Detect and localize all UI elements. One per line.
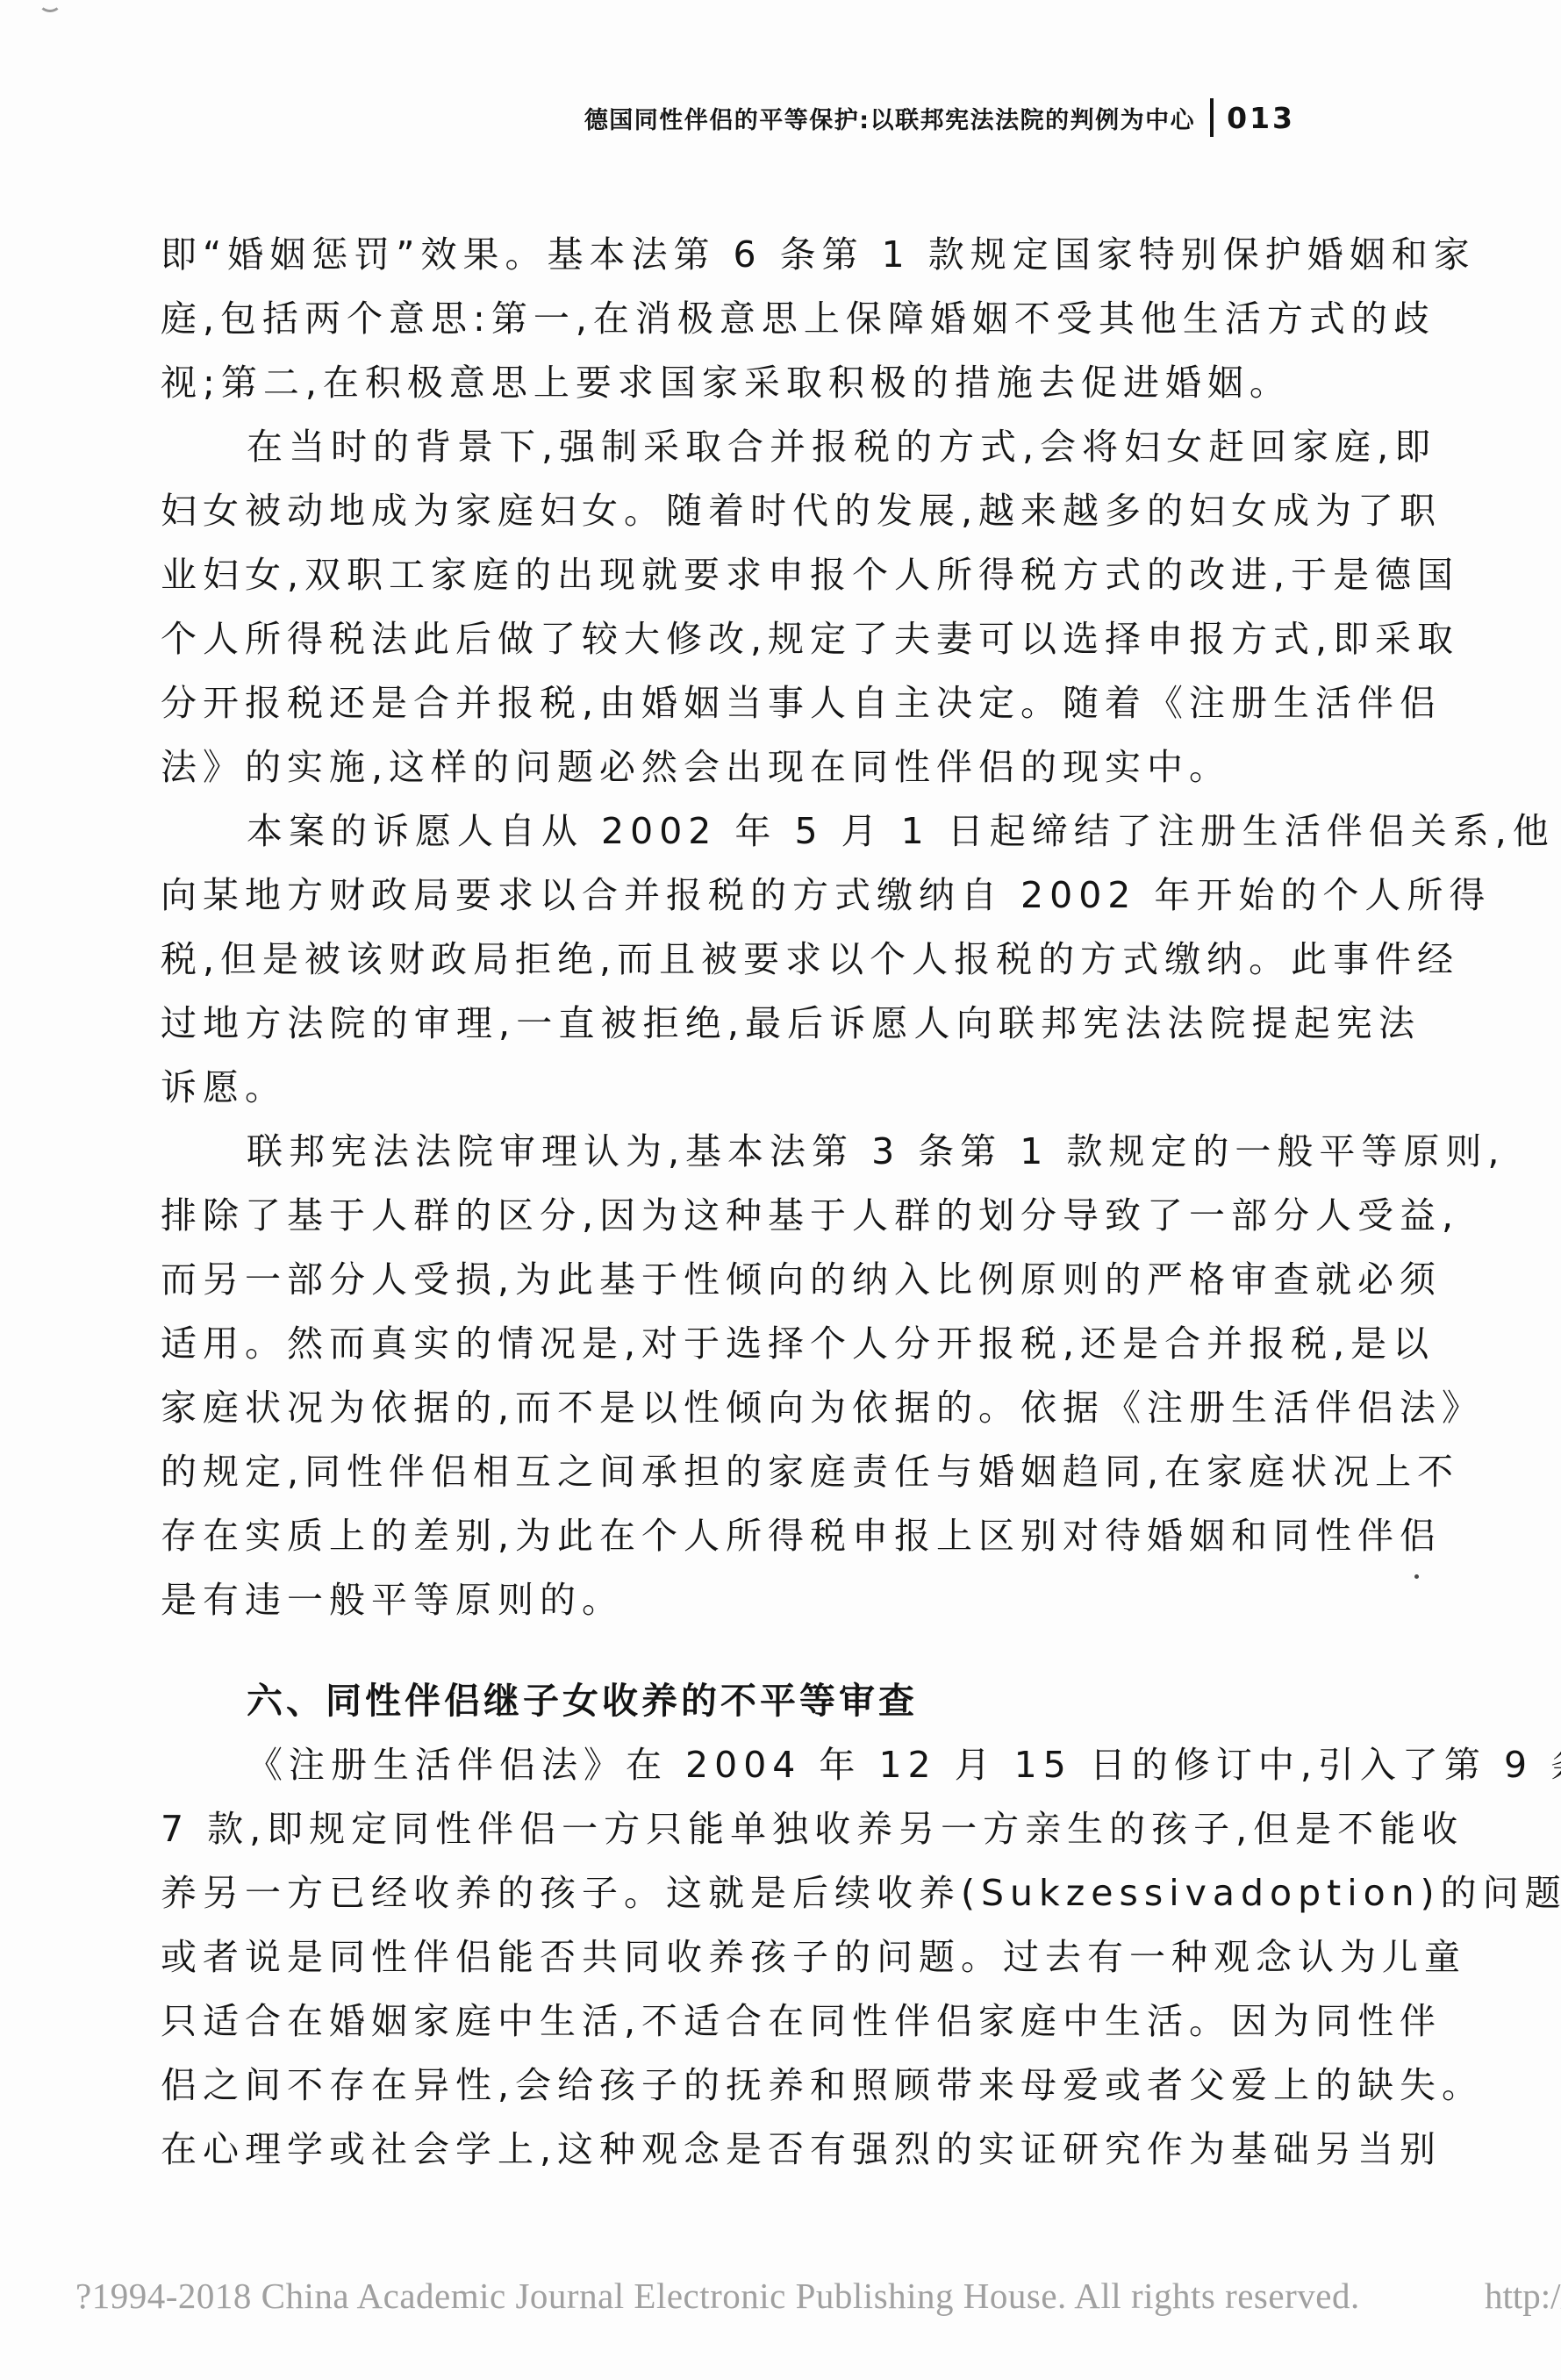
text-line: 法》的实施,这样的问题必然会出现在同性伴侣的现实中。 [161,735,1421,799]
scan-artifact-curve [39,0,61,12]
text-line: 诉愿。 [161,1056,1421,1120]
section-heading: 六、同性伴侣继子女收养的不平等审查 [161,1669,1421,1733]
text-line: 家庭状况为依据的,而不是以性倾向为依据的。依据《注册生活伴侣法》 [161,1376,1421,1440]
text-line: 个人所得税法此后做了较大修改,规定了夫妻可以选择申报方式,即采取 [161,607,1421,671]
text-line: 庭,包括两个意思:第一,在消极意思上保障婚姻不受其他生活方式的歧 [161,287,1421,351]
text-line: 本案的诉愿人自从 2002 年 5 月 1 日起缔结了注册生活伴侣关系,他 [161,799,1421,864]
text-line: 侣之间不存在异性,会给孩子的抚养和照顾带来母爱或者父爱上的缺失。 [161,2054,1421,2118]
copyright-footer: ?1994-2018 China Academic Journal Electr… [75,2275,1360,2317]
text-line: 或者说是同性伴侣能否共同收养孩子的问题。过去有一种观念认为儿童 [161,1925,1421,1989]
text-line: 养另一方已经收养的孩子。这就是后续收养(Sukzessivadoption)的问… [161,1861,1421,1925]
text-line: 向某地方财政局要求以合并报税的方式缴纳自 2002 年开始的个人所得 [161,864,1421,928]
text-line: 适用。然而真实的情况是,对于选择个人分开报税,还是合并报税,是以 [161,1312,1421,1376]
text-line: 只适合在婚姻家庭中生活,不适合在同性伴侣家庭中生活。因为同性伴 [161,1989,1421,2054]
text-line: 7 款,即规定同性伴侣一方只能单独收养另一方亲生的孩子,但是不能收 [161,1797,1421,1861]
text-line: 排除了基于人群的区分,因为这种基于人群的划分导致了一部分人受益, [161,1184,1421,1248]
text-line: 视;第二,在积极意思上要求国家采取积极的措施去促进婚姻。 [161,351,1421,415]
text-line: 联邦宪法法院审理认为,基本法第 3 条第 1 款规定的一般平等原则, [161,1120,1421,1184]
footer-url-fragment: http:// [1485,2275,1561,2317]
text-line: 的规定,同性伴侣相互之间承担的家庭责任与婚姻趋同,在家庭状况上不 [161,1440,1421,1504]
text-line: 妇女被动地成为家庭妇女。随着时代的发展,越来越多的妇女成为了职 [161,479,1421,543]
text-line: 而另一部分人受损,为此基于性倾向的纳入比例原则的严格审查就必须 [161,1248,1421,1312]
text-line: 存在实质上的差别,为此在个人所得税申报上区别对待婚姻和同性伴侣 [161,1504,1421,1568]
text-line: 业妇女,双职工家庭的出现就要求申报个人所得税方式的改进,于是德国 [161,543,1421,607]
header-divider [1210,98,1214,137]
text-line: 税,但是被该财政局拒绝,而且被要求以个人报税的方式缴纳。此事件经 [161,928,1421,992]
text-line: 《注册生活伴侣法》在 2004 年 12 月 15 日的修订中,引入了第 9 条… [161,1733,1421,1797]
page-header: 德国同性伴侣的平等保护:以联邦宪法法院的判例为中心 013 [0,98,1295,137]
content: 即“婚姻惩罚”效果。基本法第 6 条第 1 款规定国家特别保护婚姻和家庭,包括两… [161,223,1421,2182]
text-line: 即“婚姻惩罚”效果。基本法第 6 条第 1 款规定国家特别保护婚姻和家 [161,223,1421,287]
page-number: 013 [1227,101,1295,135]
text-line: 是有违一般平等原则的。 [161,1568,1421,1632]
stray-dot-artifact [1414,1574,1419,1579]
running-header-title: 德国同性伴侣的平等保护:以联邦宪法法院的判例为中心 [584,101,1195,135]
text-line: 分开报税还是合并报税,由婚姻当事人自主决定。随着《注册生活伴侣 [161,671,1421,735]
text-line: 过地方法院的审理,一直被拒绝,最后诉愿人向联邦宪法法院提起宪法 [161,992,1421,1056]
text-line: 在当时的背景下,强制采取合并报税的方式,会将妇女赶回家庭,即 [161,415,1421,479]
text-line: 在心理学或社会学上,这种观念是否有强烈的实证研究作为基础另当别 [161,2118,1421,2182]
